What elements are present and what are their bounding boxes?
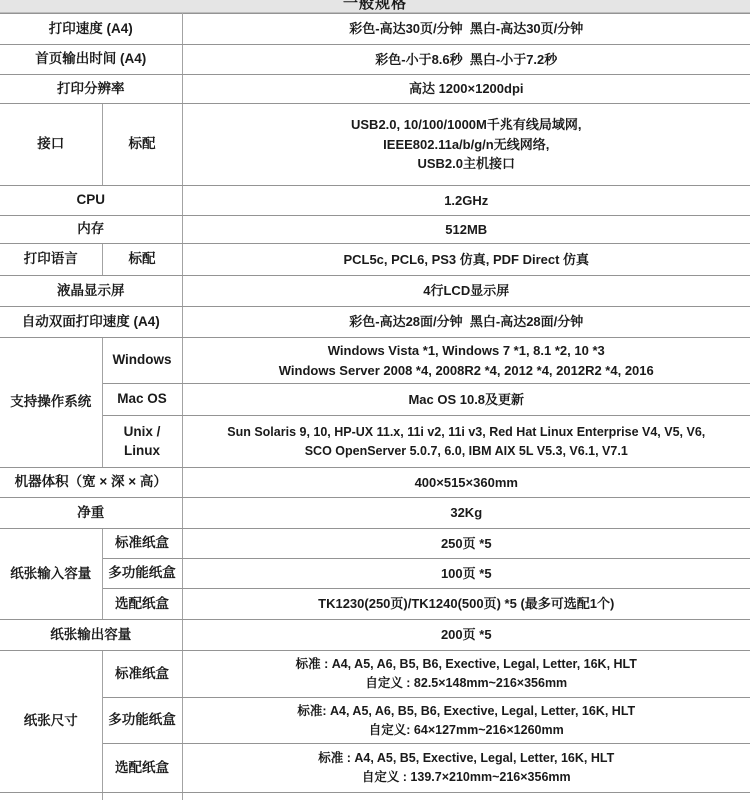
row-input-optional-tray: 选配纸盒 TK1230(250页)/TK1240(500页) *5 (最多可选配… bbox=[0, 589, 750, 620]
dimensions-value: 400×515×360mm bbox=[182, 468, 750, 498]
row-memory: 内存 512MB bbox=[0, 216, 750, 244]
row-size-mp-tray: 多功能纸盒 标准: A4, A5, A6, B5, B6, Exective, … bbox=[0, 698, 750, 744]
input-mp-tray-label: 多功能纸盒 bbox=[102, 559, 182, 589]
os-windows-label: Windows bbox=[102, 338, 182, 384]
print-language-sub-label: 标配 bbox=[102, 244, 182, 276]
os-macos-label: Mac OS bbox=[102, 384, 182, 416]
first-page-out-value: 彩色-小于8.6秒 黑白-小于7.2秒 bbox=[182, 45, 750, 75]
row-interface: 接口 标配 USB2.0, 10/100/1000M千兆有线局域网, IEEE8… bbox=[0, 104, 750, 186]
cpu-label: CPU bbox=[0, 186, 182, 216]
row-cutoff-sliver bbox=[0, 793, 750, 800]
row-size-optional-tray: 选配纸盒 标准 : A4, A5, B5, Exective, Legal, L… bbox=[0, 744, 750, 793]
print-language-group-label: 打印语言 bbox=[0, 244, 102, 276]
os-macos-value: Mac OS 10.8及更新 bbox=[182, 384, 750, 416]
row-cpu: CPU 1.2GHz bbox=[0, 186, 750, 216]
size-standard-tray-value: 标准 : A4, A5, A6, B5, B6, Exective, Legal… bbox=[182, 651, 750, 698]
os-group-label: 支持操作系统 bbox=[0, 338, 102, 468]
os-unix-linux-label: Unix / Linux bbox=[102, 416, 182, 468]
print-speed-label: 打印速度 (A4) bbox=[0, 14, 182, 45]
row-lcd: 液晶显示屏 4行LCD显示屏 bbox=[0, 276, 750, 307]
sliver-cell-2 bbox=[102, 793, 182, 800]
row-os-unix-linux: Unix / Linux Sun Solaris 9, 10, HP-UX 11… bbox=[0, 416, 750, 468]
duplex-speed-value: 彩色-高达28面/分钟 黑白-高达28面/分钟 bbox=[182, 307, 750, 338]
interface-value: USB2.0, 10/100/1000M千兆有线局域网, IEEE802.11a… bbox=[182, 104, 750, 186]
dimensions-label: 机器体积（宽 × 深 × 高） bbox=[0, 468, 182, 498]
output-capacity-value: 200页 *5 bbox=[182, 620, 750, 651]
net-weight-label: 净重 bbox=[0, 498, 182, 529]
memory-label: 内存 bbox=[0, 216, 182, 244]
output-capacity-label: 纸张输出容量 bbox=[0, 620, 182, 651]
row-os-windows: 支持操作系统 Windows Windows Vista *1, Windows… bbox=[0, 338, 750, 384]
input-optional-tray-label: 选配纸盒 bbox=[102, 589, 182, 620]
row-print-speed: 打印速度 (A4) 彩色-高达30页/分钟 黑白-高达30页/分钟 bbox=[0, 14, 750, 45]
input-standard-tray-label: 标准纸盒 bbox=[102, 529, 182, 559]
print-speed-value: 彩色-高达30页/分钟 黑白-高达30页/分钟 bbox=[182, 14, 750, 45]
row-size-standard-tray: 纸张尺寸 标准纸盒 标准 : A4, A5, A6, B5, B6, Exect… bbox=[0, 651, 750, 698]
input-optional-tray-value: TK1230(250页)/TK1240(500页) *5 (最多可选配1个) bbox=[182, 589, 750, 620]
print-resolution-label: 打印分辨率 bbox=[0, 75, 182, 104]
sliver-cell-3 bbox=[182, 793, 750, 800]
section-title-band: 一般规格 bbox=[0, 0, 750, 13]
paper-input-group-label: 纸张输入容量 bbox=[0, 529, 102, 620]
spec-table: 打印速度 (A4) 彩色-高达30页/分钟 黑白-高达30页/分钟 首页输出时间… bbox=[0, 13, 750, 800]
print-language-value: PCL5c, PCL6, PS3 仿真, PDF Direct 仿真 bbox=[182, 244, 750, 276]
row-duplex-speed: 自动双面打印速度 (A4) 彩色-高达28面/分钟 黑白-高达28面/分钟 bbox=[0, 307, 750, 338]
size-standard-tray-label: 标准纸盒 bbox=[102, 651, 182, 698]
cpu-value: 1.2GHz bbox=[182, 186, 750, 216]
size-optional-tray-label: 选配纸盒 bbox=[102, 744, 182, 793]
size-optional-tray-value: 标准 : A4, A5, B5, Exective, Legal, Letter… bbox=[182, 744, 750, 793]
interface-sub-label: 标配 bbox=[102, 104, 182, 186]
row-output-capacity: 纸张输出容量 200页 *5 bbox=[0, 620, 750, 651]
section-title: 一般规格 bbox=[0, 0, 750, 13]
spec-sheet-page: 一般规格 打印速度 (A4) 彩色-高达30页/分钟 黑白-高达30页/分钟 首… bbox=[0, 0, 750, 800]
first-page-out-label: 首页输出时间 (A4) bbox=[0, 45, 182, 75]
row-print-language: 打印语言 标配 PCL5c, PCL6, PS3 仿真, PDF Direct … bbox=[0, 244, 750, 276]
row-input-standard-tray: 纸张输入容量 标准纸盒 250页 *5 bbox=[0, 529, 750, 559]
memory-value: 512MB bbox=[182, 216, 750, 244]
duplex-speed-label: 自动双面打印速度 (A4) bbox=[0, 307, 182, 338]
paper-size-group-label: 纸张尺寸 bbox=[0, 651, 102, 793]
print-resolution-value: 高达 1200×1200dpi bbox=[182, 75, 750, 104]
os-windows-value: Windows Vista *1, Windows 7 *1, 8.1 *2, … bbox=[182, 338, 750, 384]
row-dimensions: 机器体积（宽 × 深 × 高） 400×515×360mm bbox=[0, 468, 750, 498]
row-input-mp-tray: 多功能纸盒 100页 *5 bbox=[0, 559, 750, 589]
row-os-macos: Mac OS Mac OS 10.8及更新 bbox=[0, 384, 750, 416]
row-first-page-out: 首页输出时间 (A4) 彩色-小于8.6秒 黑白-小于7.2秒 bbox=[0, 45, 750, 75]
net-weight-value: 32Kg bbox=[182, 498, 750, 529]
input-mp-tray-value: 100页 *5 bbox=[182, 559, 750, 589]
size-mp-tray-label: 多功能纸盒 bbox=[102, 698, 182, 744]
sliver-cell-1 bbox=[0, 793, 102, 800]
interface-group-label: 接口 bbox=[0, 104, 102, 186]
size-mp-tray-value: 标准: A4, A5, A6, B5, B6, Exective, Legal,… bbox=[182, 698, 750, 744]
lcd-label: 液晶显示屏 bbox=[0, 276, 182, 307]
input-standard-tray-value: 250页 *5 bbox=[182, 529, 750, 559]
lcd-value: 4行LCD显示屏 bbox=[182, 276, 750, 307]
os-unix-linux-value: Sun Solaris 9, 10, HP-UX 11.x, 11i v2, 1… bbox=[182, 416, 750, 468]
row-print-resolution: 打印分辨率 高达 1200×1200dpi bbox=[0, 75, 750, 104]
row-net-weight: 净重 32Kg bbox=[0, 498, 750, 529]
